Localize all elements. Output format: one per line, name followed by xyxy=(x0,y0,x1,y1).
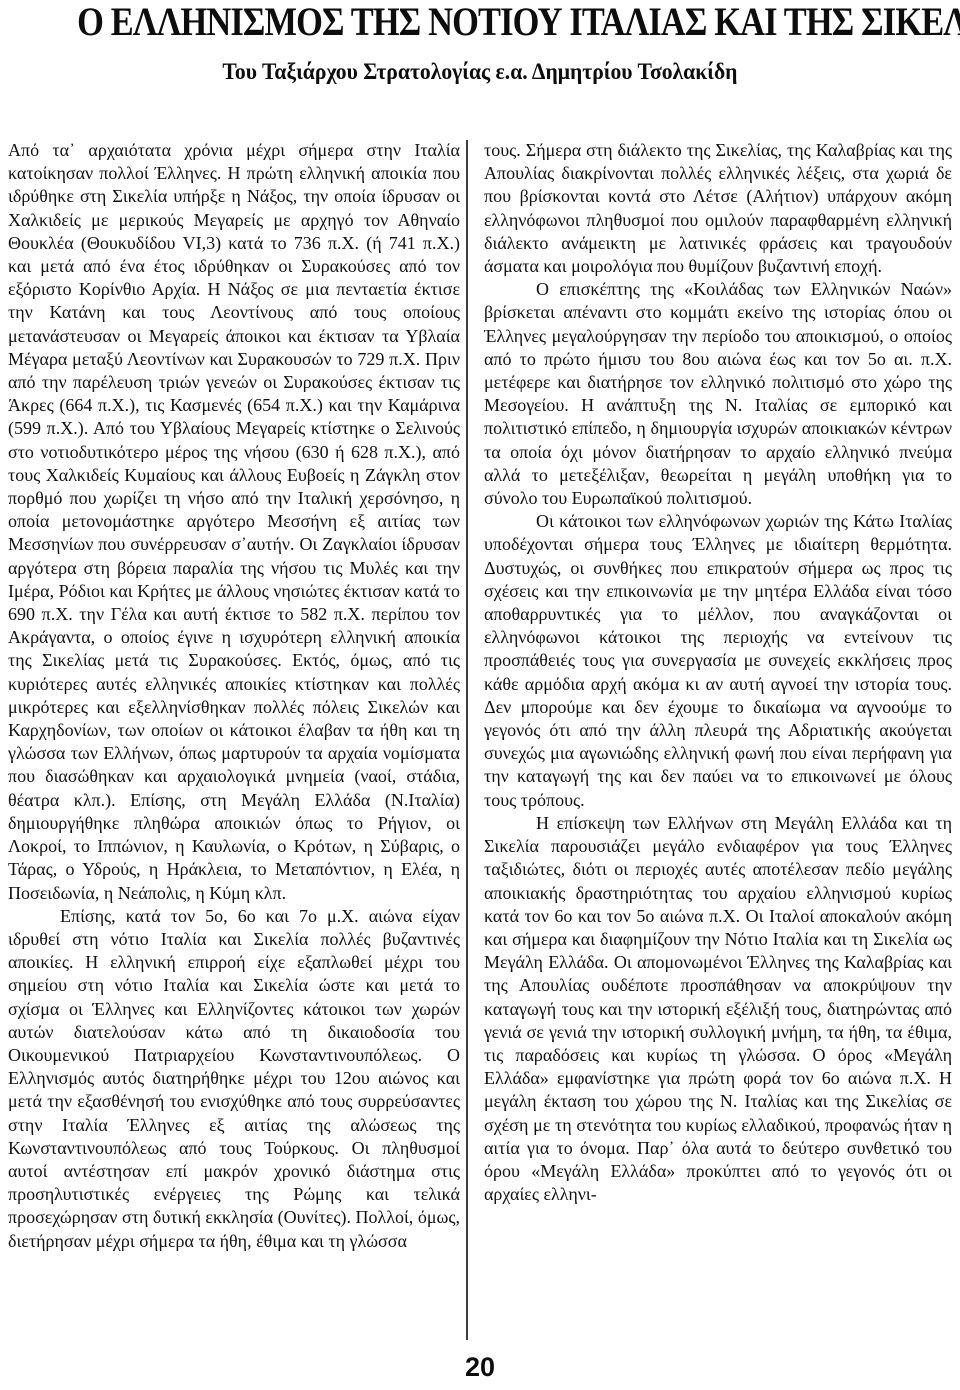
text-column-left: Από τα᾿ αρχαιότατα χρόνια μέχρι σήμερα σ… xyxy=(8,139,460,1347)
footer: 20 xyxy=(0,1352,960,1383)
body-paragraph: Ο επισκέπτης της «Κοιλάδας των Ελληνικών… xyxy=(484,278,952,510)
byline-row: Του Ταξιάρχου Στρατολογίας ε.α. Δημητρίο… xyxy=(0,58,960,86)
document-page: Ο ΕΛΛΗΝΙΣΜΟΣ ΤΗΣ ΝΟΤΙΟΥ ΙΤΑΛΙΑΣ ΚΑΙ ΤΗΣ … xyxy=(0,0,960,1390)
body-paragraph: Επίσης, κατά τον 5ο, 6ο και 7ο μ.Χ. αιών… xyxy=(8,905,460,1253)
body-paragraph: Οι κάτοικοι των ελληνόφωνων χωριών της Κ… xyxy=(484,510,952,812)
body-paragraph: Από τα᾿ αρχαιότατα χρόνια μέχρι σήμερα σ… xyxy=(8,139,460,905)
page-number: 20 xyxy=(465,1352,495,1382)
page-title: Ο ΕΛΛΗΝΙΣΜΟΣ ΤΗΣ ΝΟΤΙΟΥ ΙΤΑΛΙΑΣ ΚΑΙ ΤΗΣ … xyxy=(77,0,960,44)
body-paragraph: τους. Σήμερα στη διάλεκτο της Σικελίας, … xyxy=(484,139,952,278)
column-divider-rule xyxy=(466,140,468,1340)
text-column-right: τους. Σήμερα στη διάλεκτο της Σικελίας, … xyxy=(484,139,952,1347)
author-byline: Του Ταξιάρχου Στρατολογίας ε.α. Δημητρίο… xyxy=(222,58,737,86)
body-paragraph: Η επίσκεψη των Ελλήνων στη Μεγάλη Ελλάδα… xyxy=(484,812,952,1206)
article-header: Ο ΕΛΛΗΝΙΣΜΟΣ ΤΗΣ ΝΟΤΙΟΥ ΙΤΑΛΙΑΣ ΚΑΙ ΤΗΣ … xyxy=(0,0,960,44)
